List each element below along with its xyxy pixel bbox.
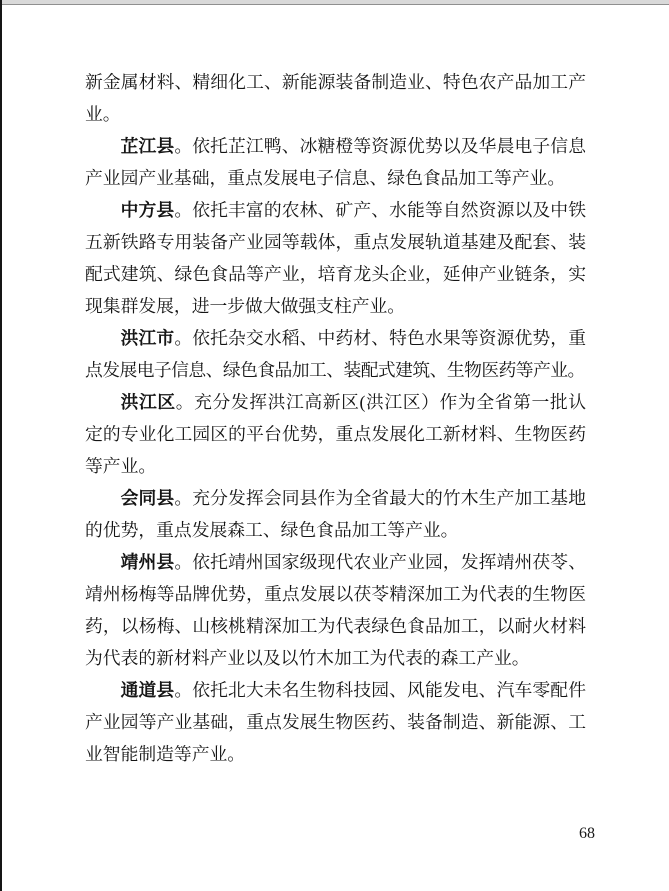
body-text: 新金属材料、精细化工、新能源装备制造业、特色农产品加工产 业。 芷江县。依托芷江… [85, 66, 586, 770]
text-line-13: 等产业。 [85, 450, 586, 482]
line-text: 现集群发展，进一步做大做强支柱产业。 [85, 296, 405, 316]
page-number: 68 [579, 824, 595, 844]
county-name-zhongfang: 中方县 [121, 200, 175, 220]
text-line-9: 洪江市。依托杂交水稻、中药材、特色水果等资源优势，重 [85, 322, 586, 354]
text-line-1: 新金属材料、精细化工、新能源装备制造业、特色农产品加工产 [85, 66, 586, 98]
text-line-3: 芷江县。依托芷江鸭、冰糖橙等资源优势以及华晨电子信息 [85, 130, 586, 162]
text-line-19: 为代表的新材料产业以及以竹木加工为代表的森工产业。 [85, 642, 586, 674]
line-text: 业。 [85, 104, 121, 124]
text-line-14: 会同县。充分发挥会同县作为全省最大的竹木生产加工基地 [85, 482, 586, 514]
county-name-huitong: 会同县 [121, 488, 175, 508]
line-text: 新金属材料、精细化工、新能源装备制造业、特色农产品加工产 [85, 72, 586, 92]
text-line-12: 定的专业化工园区的平台优势，重点发展化工新材料、生物医药 [85, 418, 586, 450]
line-text: 靖州杨梅等品牌优势，重点发展以茯苓精深加工为代表的生物医 [85, 584, 586, 604]
line-text: 产业园等产业基础，重点发展生物医药、装备制造、新能源、工 [85, 712, 586, 732]
document-page: 新金属材料、精细化工、新能源装备制造业、特色农产品加工产 业。 芷江县。依托芷江… [0, 0, 669, 891]
line-text: 为代表的新材料产业以及以竹木加工为代表的森工产业。 [85, 648, 530, 668]
line-text: 。依托靖州国家级现代农业产业园，发挥靖州茯苓、 [174, 552, 586, 572]
line-text: 药，以杨梅、山核桃精深加工为代表绿色食品加工，以耐火材料 [85, 616, 586, 636]
text-line-8: 现集群发展，进一步做大做强支柱产业。 [85, 290, 586, 322]
text-line-7: 配式建筑、绿色食品等产业，培育龙头企业，延伸产业链条，实 [85, 258, 586, 290]
county-name-hongjiang-city: 洪江市 [121, 328, 175, 348]
text-line-18: 药，以杨梅、山核桃精深加工为代表绿色食品加工，以耐火材料 [85, 610, 586, 642]
text-line-21: 产业园等产业基础，重点发展生物医药、装备制造、新能源、工 [85, 706, 586, 738]
text-line-16: 靖州县。依托靖州国家级现代农业产业园，发挥靖州茯苓、 [85, 546, 586, 578]
county-name-hongjiang-district: 洪江区 [121, 392, 176, 412]
text-line-6: 五新铁路专用装备产业园等载体，重点发展轨道基建及配套、装 [85, 226, 586, 258]
text-line-20: 通道县。依托北大未名生物科技园、风能发电、汽车零配件 [85, 674, 586, 706]
text-line-4: 产业园产业基础，重点发展电子信息、绿色食品加工等产业。 [85, 162, 586, 194]
line-text: 。充分发挥洪江高新区(洪江区）作为全省第一批认 [176, 392, 586, 412]
county-name-jingzhou: 靖州县 [121, 552, 175, 572]
text-line-17: 靖州杨梅等品牌优势，重点发展以茯苓精深加工为代表的生物医 [85, 578, 586, 610]
line-text: 。依托丰富的农林、矿产、水能等自然资源以及中铁 [174, 200, 586, 220]
line-text: 五新铁路专用装备产业园等载体，重点发展轨道基建及配套、装 [85, 232, 586, 252]
line-text: 。依托杂交水稻、中药材、特色水果等资源优势，重 [174, 328, 586, 348]
scan-edge-line [0, 0, 2, 891]
text-line-5: 中方县。依托丰富的农林、矿产、水能等自然资源以及中铁 [85, 194, 586, 226]
line-text: 的优势，重点发展森工、绿色食品加工等产业。 [85, 520, 458, 540]
line-text: 等产业。 [85, 456, 156, 476]
text-line-11: 洪江区。充分发挥洪江高新区(洪江区）作为全省第一批认 [85, 386, 586, 418]
text-line-10: 点发展电子信息、绿色食品加工、装配式建筑、生物医药等产业。 [85, 354, 586, 386]
county-name-tongdao: 通道县 [121, 680, 175, 700]
text-line-2: 业。 [85, 98, 586, 130]
text-line-22: 业智能制造等产业。 [85, 738, 586, 770]
page-top-border [0, 0, 669, 5]
county-name-zhijiang: 芷江县 [121, 136, 175, 156]
text-line-15: 的优势，重点发展森工、绿色食品加工等产业。 [85, 514, 586, 546]
line-text: 业智能制造等产业。 [85, 744, 245, 764]
line-text: 点发展电子信息、绿色食品加工、装配式建筑、生物医药等产业。 [85, 360, 585, 380]
line-text: 。充分发挥会同县作为全省最大的竹木生产加工基地 [174, 488, 586, 508]
line-text: 。依托芷江鸭、冰糖橙等资源优势以及华晨电子信息 [174, 136, 586, 156]
line-text: 产业园产业基础，重点发展电子信息、绿色食品加工等产业。 [85, 168, 565, 188]
line-text: 配式建筑、绿色食品等产业，培育龙头企业，延伸产业链条，实 [85, 264, 586, 284]
line-text: 定的专业化工园区的平台优势，重点发展化工新材料、生物医药 [85, 424, 586, 444]
line-text: 。依托北大未名生物科技园、风能发电、汽车零配件 [174, 680, 586, 700]
